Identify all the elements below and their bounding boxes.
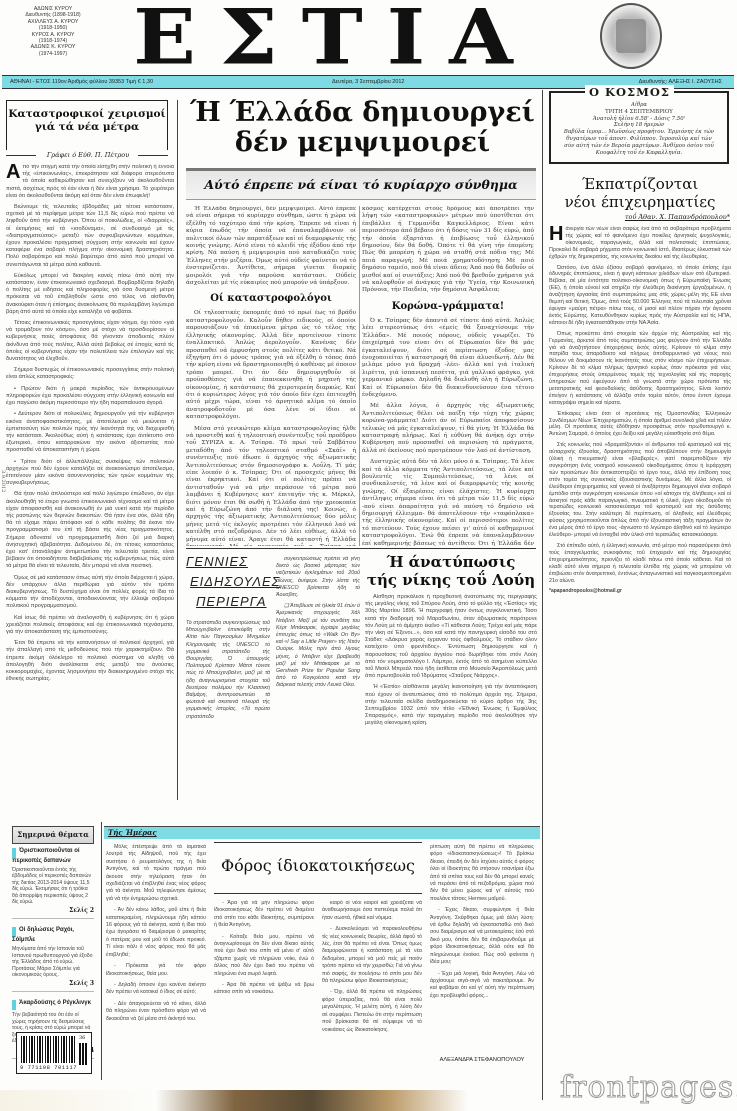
weather: Αίθρα	[551, 102, 727, 109]
louis-article-body: Αίσθηση προκάλεσε ή προχθεσινή άνατύπωσι…	[365, 594, 537, 814]
paragraph: Ή «Έστία» αίσθάνεται μεγάλη ίκανοποίηση …	[365, 684, 537, 727]
paragraph: Δυστυχώς αύτά δέν τά λέει μόνο ό κ. Τσίπ…	[362, 459, 534, 546]
barcode-addon-icon	[79, 1043, 87, 1065]
paragraph: Ό κ. Τσίπρας δέν άπαντά σέ τίποτε άπό αύ…	[362, 318, 534, 399]
louis-title-1: Ή άνατύπωσις	[365, 553, 537, 571]
world-box-title: Ο ΚΟΣΜΟΣ	[585, 85, 674, 99]
left-article-title-1: Καταστροφικοί χειρισμοί	[7, 108, 167, 121]
paragraph: Σήμερα δυστυχώς οί έπικοινωνιακές προσεγ…	[6, 367, 174, 381]
bullet-paragraph: • Τρίτον διότι οί άλλεπάλληλες συσκέψεις…	[6, 459, 174, 488]
paragraph: Μέ άλλα λόγια, ό άρχηγός τής άξιωματικής…	[362, 403, 534, 455]
main-article-col-2: κόσμος κατέρχεται στούς δρόμους καί άποτ…	[362, 206, 534, 546]
world-box-content: Αίθρα ΤΡΙΤΗ 4 ΣΕΠΤΕΜΒΡΙΟΥ Άνατολή ήλίου …	[551, 102, 727, 156]
paragraph: Εύκόλως μπορεί νά διακρίνη κανείς πίσω ά…	[6, 273, 174, 316]
right-article-body: Ηάνεργία τών νέων είναι σαφώς ένα άπό τά…	[549, 226, 731, 996]
barcode: 36 9 771108 701117	[16, 1032, 92, 1074]
newspaper-title: ΕΣΤΙΑ	[115, 3, 555, 69]
paragraph: Όπως προκύπτει άπό στοιχεία τών άρχών τή…	[549, 331, 731, 407]
barcode-issue: 36	[79, 1035, 85, 1041]
subheadline-bar: Αύτό έπρεπε νά είναι τό κυρίαρχο σύνθημα	[186, 168, 536, 200]
topic-item[interactable]: Οί δηλώσεις Ραχόι, Σόϊμπλε Μηνύματα άπό …	[12, 927, 94, 992]
barcode-digits: 9 771108 701117	[20, 1064, 77, 1071]
gossip-col-2: συγκεντρώσεως πρέπει νά γίνη δεκτό ώς βα…	[276, 556, 360, 812]
left-article-title-box: Καταστροφικοί χειρισμοί γιά τά νέα μέτρα	[6, 100, 168, 153]
barcode-bars-icon	[21, 1036, 75, 1063]
column-divider	[542, 90, 543, 1100]
paragraph: Θά ήταν πολύ άπλούστερο καί πολύ λιγώτερ…	[6, 491, 174, 570]
gossip-title-1: ΓΕΝΝΙΕΣ	[186, 552, 276, 572]
left-article-title-2: γιά τά νέα μέτρα	[7, 121, 167, 134]
topic-item[interactable]: Όριστικοποιοΰνται οί περικοπές δαπανών Ό…	[12, 848, 94, 919]
today-topics-title: Σημερινά θέματα	[12, 826, 94, 844]
left-article-byline: Γράφει ό Εύθ. Π. Πέτρου	[38, 150, 138, 160]
bullet-paragraph: • Δεύτερον διότι οί πολυκύλιες δημιουργο…	[6, 411, 174, 454]
right-article-title-2: νέοι έπιχειρηματίες	[549, 193, 731, 211]
gossip-title: ΓΕΝΝΙΕΣ ΕΙΔΗΣΟΥΛΕΣ ΠΕΡΙΕΡΓΑ	[186, 552, 276, 612]
day-col-2: - Άρα γιά νά μήν πληρώσω φόρο ίδιοκατοικ…	[214, 900, 314, 1100]
issue-info: ΑΘΗΝΑΙ - ΕΤΟΣ 119ον Άριθμός φύλλου 39353…	[10, 76, 153, 89]
bullet-icon	[12, 927, 16, 937]
seal-logo-icon	[600, 3, 662, 69]
paragraph: Στό έπίπεδο αύτό, ή έλληνική κοινωνία, σ…	[549, 543, 731, 584]
world-box: Ο ΚΟΣΜΟΣ Αίθρα ΤΡΙΤΗ 4 ΣΕΠΤΕΜΒΡΙΟΥ Άνατο…	[549, 91, 729, 164]
left-article-body: Από τήν στιγμή κατά τήν όποία είσήχθη στ…	[6, 164, 174, 804]
paragraph: Τέτοιες έπικοινωνιακές προσεγγίσεις είχα…	[6, 320, 174, 363]
gossip-col-1: Τό στρατόπεδο συγκεντρώσεως τοΰ Μπούχενβ…	[186, 620, 270, 812]
main-headline-2: δέν μεμψιμοιρεί	[190, 128, 535, 158]
day-col-3: καιρό οί νέοι καιροί καί χρειάζεται νά ά…	[322, 900, 422, 1100]
paragraph: Ώστόσο, ένα άλλο έξίσου σοβαρό φαινόμενο…	[549, 265, 731, 327]
paragraph: κόσμος κατέρχεται στούς δρόμους καί άποτ…	[362, 206, 534, 295]
day-column-bar: Τής Ήμέρας	[104, 826, 540, 839]
louis-title-2: τής νίκης τοΰ Λούη	[365, 571, 537, 589]
byline-wrap: Γράφει ό Εύθ. Π. Πέτρου	[6, 150, 168, 160]
issue-date: Δευτέρα, 3 Σεπτεμβρίου 2012	[332, 76, 405, 89]
paragraph: Στίς κοινωνίες πού «δραματίζονται» οί άν…	[549, 442, 731, 539]
paragraph: Όμως σέ μιά κατάστασιν όπως αύτή τήν όπο…	[6, 575, 174, 611]
page-ref: Σελίς 2	[12, 907, 94, 914]
dropcap: Η	[549, 226, 563, 242]
day-column-headline: Φόρος ίδιοκατοικήσεως	[214, 846, 422, 886]
founder-years: (1974-1997)	[8, 51, 98, 57]
headline-rule	[214, 842, 422, 843]
paragraph: Οί τηλεοπτικές έκπομπές άπό τό πρωί έως …	[186, 310, 356, 421]
paragraph: Αίσθηση προκάλεσε ή προχθεσινή άνατύπωσι…	[365, 594, 537, 680]
right-article-byline: τοΰ Άθαν. Χ. Παπανδρόπουλου*	[590, 213, 730, 222]
paragraph: Έτσι θά έπρεπε νά τήν κατανοήσουν οί πολ…	[6, 640, 174, 683]
right-article-title-1: Έκπατρίζονται	[549, 175, 731, 193]
column-divider	[177, 100, 178, 800]
founders-list: ΑΔΩΝΙΣ ΚΥΡΟΥ Διευθυντής (1898-1918) ΑΧΙΛ…	[8, 6, 98, 57]
subheadline: Αύτό έπρεπε νά είναι τό κυρίαρχο σύνθημα	[186, 171, 536, 199]
day-col-1: Μόλις έπέστρεψε άπό τά ίαματικά λουτρά τ…	[106, 844, 206, 1059]
side-date: 3.9.2012	[2, 470, 6, 510]
paragraph: Καί ίσως θά πρέπει νά άναλογισθή ή κυβέρ…	[6, 615, 174, 637]
paragraph: Βιώνουμε τίς τελευταίες έβδομάδες μιά τέ…	[6, 204, 174, 269]
headline-rule	[214, 893, 422, 894]
paragraph: Έπίκαιρες είναι έτσι οί προτάσεις τής Όμ…	[549, 411, 731, 439]
subhead-coins: Κορώνα-γράμματα!	[362, 299, 534, 315]
page-ref: Σελίς 3	[12, 980, 94, 987]
next-day: ΤΡΙΤΗ 4 ΣΕΠΤΕΜΒΡΙΟΥ	[551, 109, 727, 116]
gossip-title-3: ΠΕΡΙΕΡΓΑ	[186, 592, 276, 612]
paragraph: Μέσα στό γενικώτερο κλίμα καταστροφολογί…	[186, 426, 356, 546]
bullet-icon	[12, 848, 16, 858]
watermark: frontpages.gr	[560, 1070, 737, 1105]
paragraph: Ή Έλλάδα δημιουργεί, δέν μεμψιμοιρεί. Αύ…	[186, 206, 356, 287]
main-article-col-1: Ή Έλλάδα δημιουργεί, δέν μεμψιμοιρεί. Αύ…	[186, 206, 356, 546]
section-rule	[186, 548, 536, 549]
day-col-4: ρίπτωση αύτή θά πρέπει νά πληρώσεις φόρο…	[430, 844, 534, 1054]
day-column-author: ΑΛΕΞΑΝΔΡΑ ΣΤΕΦΑΝΟΠΟΥΛΟΥ	[430, 1056, 534, 1064]
bullet-icon	[12, 1000, 16, 1010]
main-headline-1: Ή Έλλάδα δημιουργεί	[190, 98, 535, 128]
scan-edge	[0, 1090, 520, 1111]
subhead-catastrophists: Οί καταστροφολόγοι	[186, 291, 356, 307]
column-divider	[359, 206, 360, 546]
author-email: *apapandropoulos@hotmail.gr	[549, 588, 731, 595]
saints-of-day: Βαβύλα ίερομ... Μωϋσέως προφήτου. Έρμιόν…	[551, 129, 727, 156]
dropcap: Α	[6, 164, 20, 180]
day-column-label: Τής Ήμέρας	[108, 827, 157, 839]
gossip-title-2: ΕΙΔΗΣΟΥΛΕΣ	[186, 572, 276, 592]
bullet-paragraph: • Πρώτον διότι ή μακρά περίοδος τών άντι…	[6, 386, 174, 408]
column-divider	[101, 822, 102, 1080]
